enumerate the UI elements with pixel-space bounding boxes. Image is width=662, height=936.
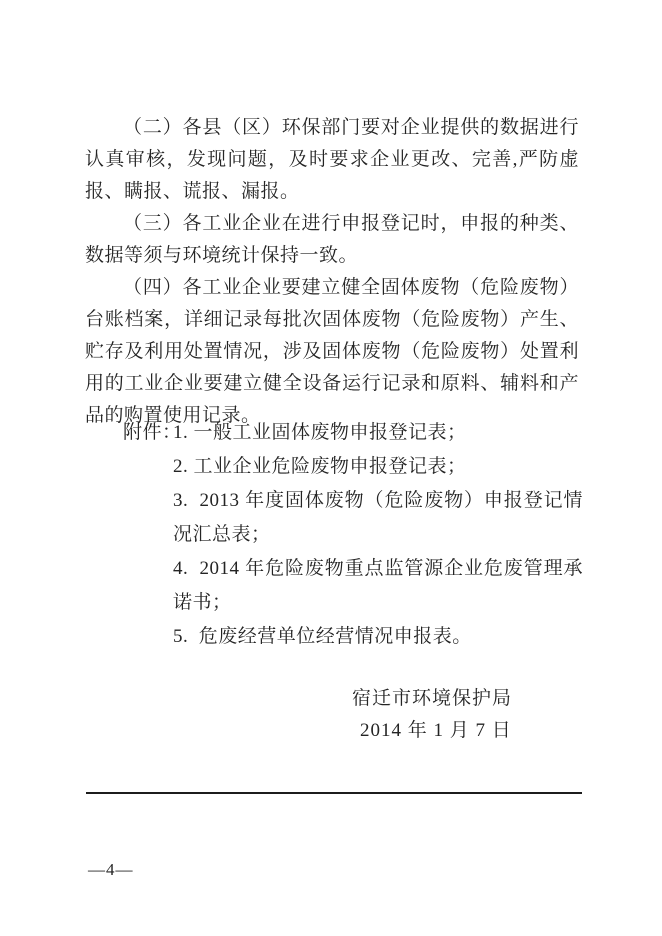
paragraph-4: （四）各工业企业要建立健全固体废物（危险废物）台账档案，详细记录每批次固体废物（… bbox=[85, 272, 579, 432]
signature-date: 2014 年 1 月 7 日 bbox=[360, 718, 512, 744]
attachments-label: 附件： bbox=[123, 416, 182, 450]
body-text: （二）各县（区）环保部门要对企业提供的数据进行认真审核，发现问题，及时要求企业更… bbox=[85, 112, 579, 432]
attachments-list: 1. 一般工业固体废物申报登记表； 2. 工业企业危险废物申报登记表； 3. 2… bbox=[173, 416, 583, 654]
attachment-item: 4. 2014 年危险废物重点监管源企业危废管理承诺书； bbox=[173, 552, 583, 620]
attachments-section: 附件： 1. 一般工业固体废物申报登记表； 2. 工业企业危险废物申报登记表； … bbox=[123, 416, 583, 654]
attachment-item: 3. 2013 年度固体废物（危险废物）申报登记情况汇总表； bbox=[173, 484, 583, 552]
footer-divider-line bbox=[86, 792, 582, 794]
signature-organization: 宿迁市环境保护局 bbox=[352, 686, 512, 712]
page-number: —4— bbox=[88, 860, 134, 880]
document-page: （二）各县（区）环保部门要对企业提供的数据进行认真审核，发现问题，及时要求企业更… bbox=[0, 0, 662, 936]
paragraph-3: （三）各工业企业在进行申报登记时，申报的种类、数据等须与环境统计保持一致。 bbox=[85, 208, 579, 272]
paragraph-2: （二）各县（区）环保部门要对企业提供的数据进行认真审核，发现问题，及时要求企业更… bbox=[85, 112, 579, 208]
attachment-item: 1. 一般工业固体废物申报登记表； bbox=[173, 416, 583, 450]
attachment-item: 2. 工业企业危险废物申报登记表； bbox=[173, 450, 583, 484]
attachment-item: 5. 危废经营单位经营情况申报表。 bbox=[173, 620, 583, 654]
